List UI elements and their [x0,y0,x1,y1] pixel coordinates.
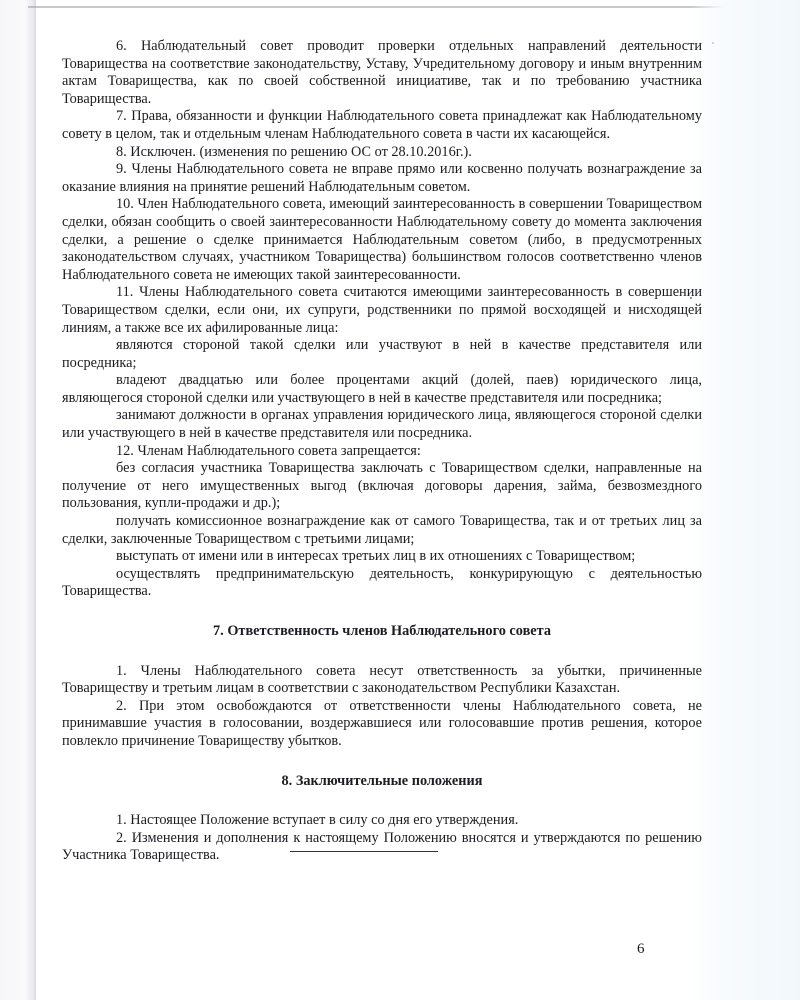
section-7-paragraph-1: 1. Члены Наблюдательного совета несут от… [62,663,702,698]
section-7-heading: 7. Ответственность членов Наблюдательног… [62,623,702,641]
page-number: 6 [637,941,645,958]
paragraph-9: 9. Члены Наблюдательного совета не вправ… [62,161,702,196]
paragraph-6: 6. Наблюдательный совет проводит проверк… [62,38,702,108]
paragraph-11: 11. Члены Наблюдательного совета считают… [62,284,702,337]
scan-top-edge [28,6,768,8]
paragraph-8: 8. Исключен. (изменения по решению ОС от… [62,144,702,162]
paragraph-11-item-a: являются стороной такой сделки или участ… [62,337,702,372]
paragraph-11-item-b: владеют двадцатью или более процентами а… [62,372,702,407]
paragraph-12-item-a: без согласия участника Товарищества закл… [62,460,702,513]
paragraph-12: 12. Членам Наблюдательного совета запрещ… [62,443,702,461]
section-8-heading: 8. Заключительные положения [62,773,702,791]
paragraph-11-item-c: занимают должности в органах управления … [62,407,702,442]
paragraph-12-item-b: получать комиссионное вознаграждение как… [62,513,702,548]
paragraph-12-item-d: осуществлять предпринимательскую деятель… [62,566,702,601]
paragraph-7: 7. Права, обязанности и функции Наблюдат… [62,108,702,143]
scan-left-edge [0,0,36,1000]
paragraph-10: 10. Член Наблюдательного совета, имеющий… [62,196,702,284]
scan-speck [712,42,714,44]
scan-right-edge [690,0,800,1000]
paragraph-12-item-c: выступать от имени или в интересах треть… [62,548,702,566]
closing-divider-line [290,851,438,852]
section-8-paragraph-2: 2. Изменения и дополнения к настоящему П… [62,830,702,865]
section-7-paragraph-2: 2. При этом освобождаются от ответственн… [62,698,702,751]
section-8-paragraph-1: 1. Настоящее Положение вступает в силу с… [62,812,702,830]
document-page: 6. Наблюдательный совет проводит проверк… [62,38,702,865]
